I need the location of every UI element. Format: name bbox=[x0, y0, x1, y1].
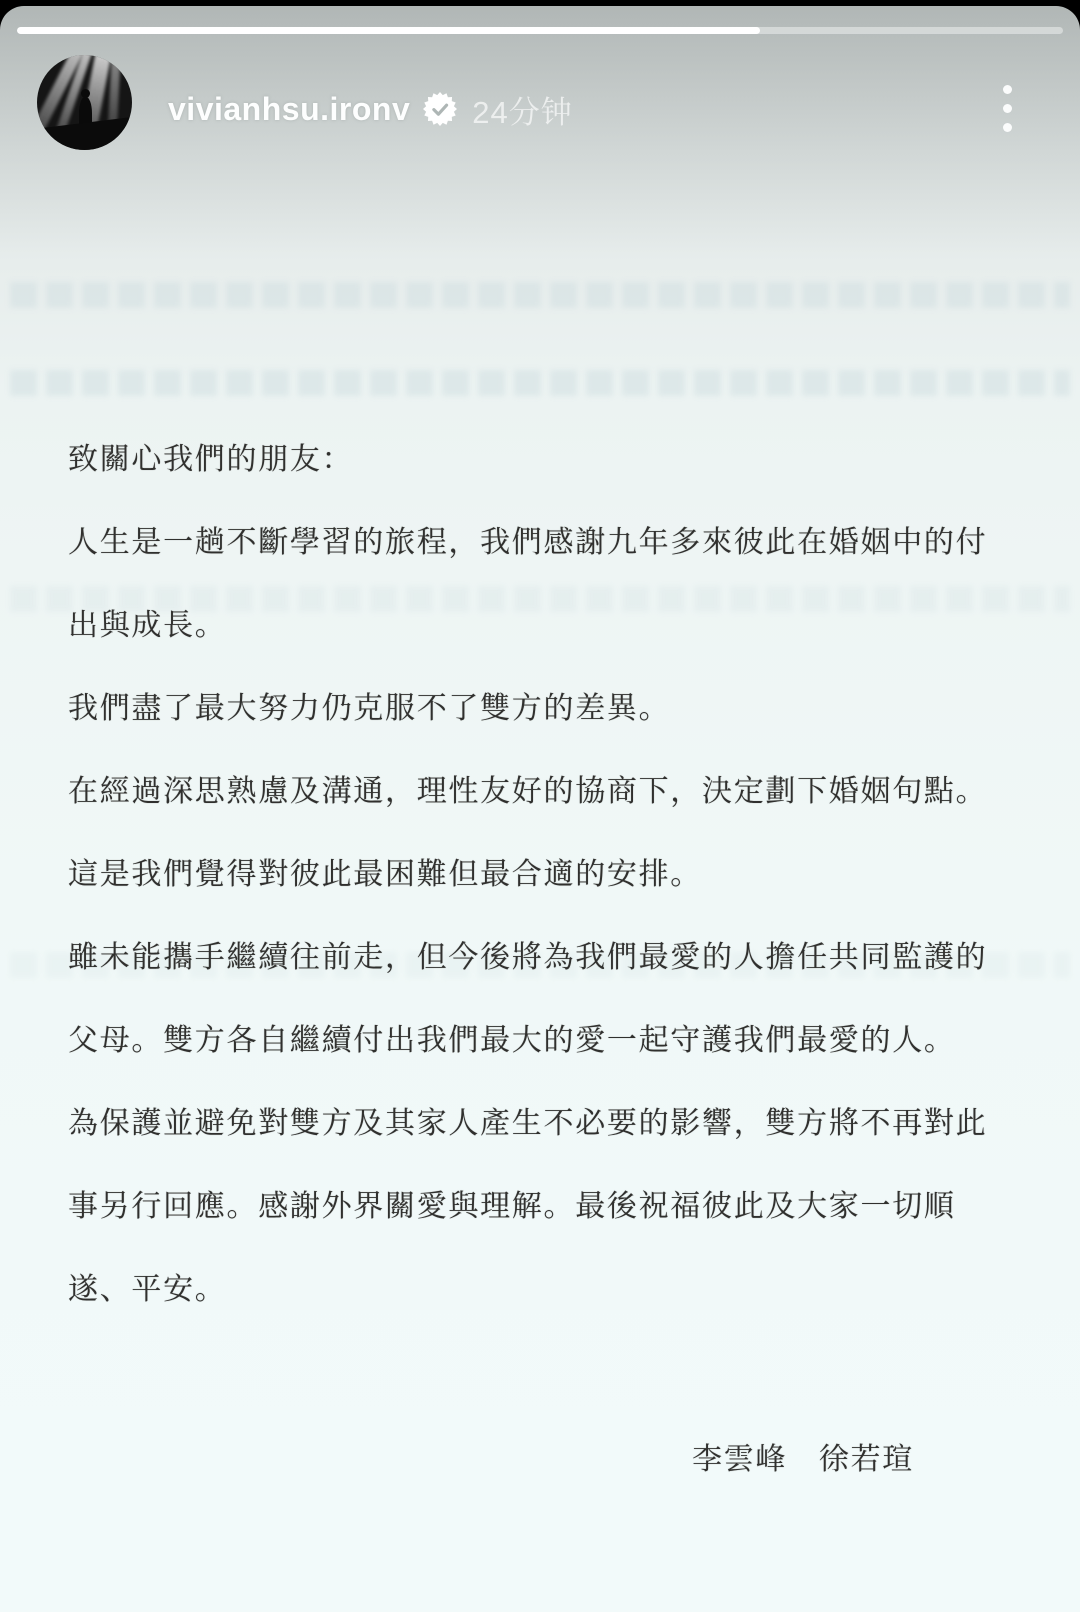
letter-line: 致關心我們的朋友： bbox=[68, 418, 1010, 501]
progress-fill bbox=[17, 27, 760, 34]
letter-line: 出與成長。 bbox=[68, 584, 1010, 667]
avatar-photo-stage bbox=[37, 117, 132, 150]
more-options-icon[interactable] bbox=[1002, 85, 1012, 132]
story-header: vivianhsu.ironv 24分钟 bbox=[168, 83, 573, 135]
letter-line: 為保護並避免對雙方及其家人產生不必要的影響，雙方將不再對此 bbox=[68, 1082, 1010, 1165]
letter-line: 在經過深思熟慮及溝通，理性友好的協商下，決定劃下婚姻句點。 bbox=[68, 750, 1010, 833]
letter-line: 我們盡了最大努力仍克服不了雙方的差異。 bbox=[68, 667, 1010, 750]
letter-line: 遂、平安。 bbox=[68, 1248, 1010, 1331]
letter-signature: 李雲峰 徐若瑄 bbox=[68, 1418, 1010, 1501]
ghost-text-artifact bbox=[10, 282, 1070, 308]
ghost-text-artifact bbox=[10, 370, 1070, 396]
letter-line: 父母。雙方各自繼續付出我們最大的愛一起守護我們最愛的人。 bbox=[68, 999, 1010, 1082]
menu-dot bbox=[1003, 85, 1012, 94]
letter-body: 致關心我們的朋友： 人生是一趟不斷學習的旅程，我們感謝九年多來彼此在婚姻中的付 … bbox=[68, 418, 1010, 1501]
letter-line: 雖未能攜手繼續往前走，但今後將為我們最愛的人擔任共同監護的 bbox=[68, 916, 1010, 999]
avatar[interactable] bbox=[37, 55, 132, 150]
story-progress-bar bbox=[17, 27, 1063, 34]
menu-dot bbox=[1003, 104, 1012, 113]
story-card[interactable]: vivianhsu.ironv 24分钟 致關心我們的朋友： 人生是一趟不斷學習… bbox=[0, 6, 1080, 1612]
letter-line: 這是我們覺得對彼此最困難但最合適的安排。 bbox=[68, 833, 1010, 916]
letter-line: 人生是一趟不斷學習的旅程，我們感謝九年多來彼此在婚姻中的付 bbox=[68, 501, 1010, 584]
verified-icon bbox=[423, 92, 457, 126]
story-timestamp: 24分钟 bbox=[472, 87, 572, 132]
letter-line: 事另行回應。感謝外界關愛與理解。最後祝福彼此及大家一切順 bbox=[68, 1165, 1010, 1248]
menu-dot bbox=[1003, 123, 1012, 132]
username[interactable]: vivianhsu.ironv bbox=[168, 91, 410, 128]
